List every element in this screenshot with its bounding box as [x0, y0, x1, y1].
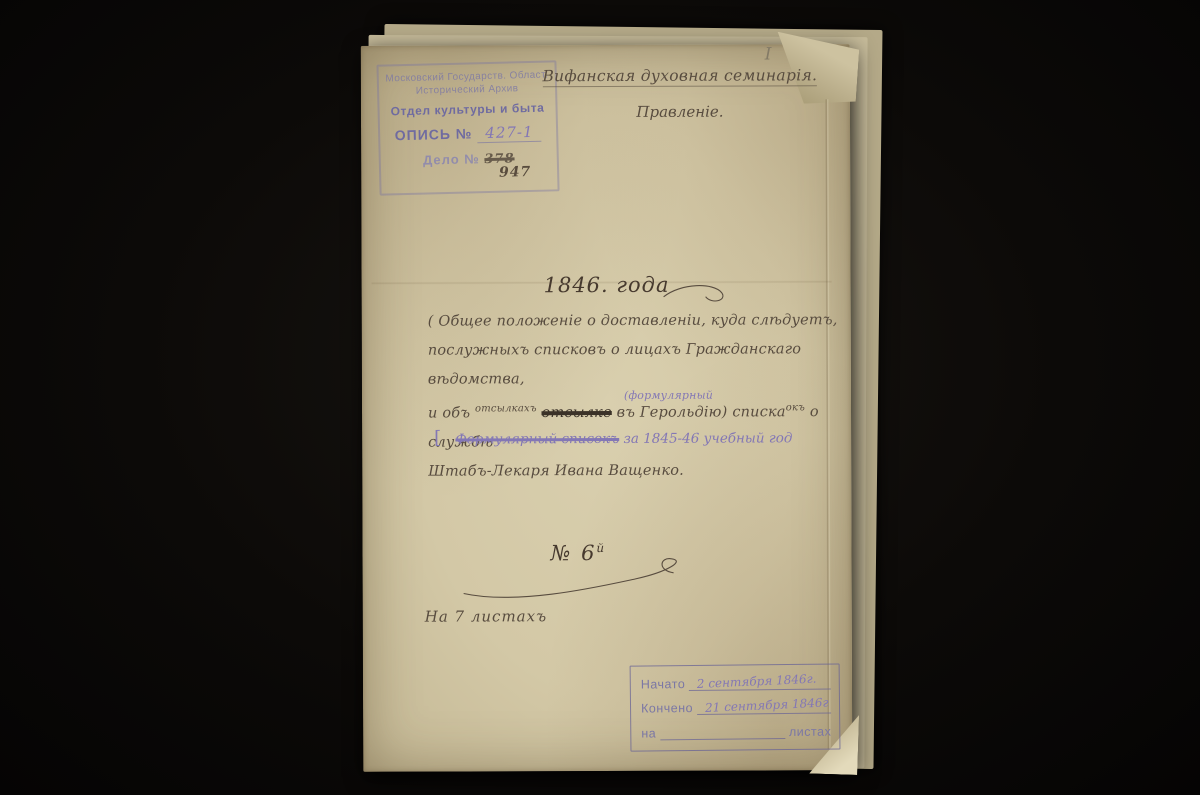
- document-cover-page: I Московский Государств. Област. Историч…: [361, 44, 853, 772]
- sheets-label: листах: [789, 725, 831, 739]
- purple-note-line: [ Формулярный списокъ за 1845-46 учебный…: [434, 426, 792, 448]
- note-text: за 1845-46 учебный год: [623, 430, 792, 447]
- sheets-blank-line: [660, 724, 785, 740]
- finished-label: Кончено: [641, 701, 693, 716]
- archive-name-line2: Исторический Архив: [383, 81, 551, 98]
- line3-superscript-2: окъ: [786, 402, 805, 413]
- delo-row: Дело № 378 947: [385, 149, 554, 183]
- case-title-paragraph: ( Общее положеніе о доставленіи, куда сл…: [428, 306, 861, 486]
- finished-line: 21 сентября 1846г: [697, 697, 831, 715]
- line3-superscript: отсылкахъ: [475, 403, 537, 414]
- delo-label: Дело №: [423, 151, 480, 167]
- case-number-flourish: [458, 553, 708, 602]
- started-date: 2 сентября 1846г.: [697, 672, 817, 691]
- finished-row: Кончено 21 сентября 1846г: [641, 697, 831, 716]
- title-line-1: ( Общее положеніе о доставленіи, куда сл…: [428, 306, 860, 337]
- folio-number: I: [765, 44, 772, 64]
- archive-stamp: Московский Государств. Област. Историчес…: [376, 60, 559, 195]
- sheets-row: на листах: [641, 724, 831, 741]
- archive-department: Отдел культуры и быта: [383, 100, 551, 118]
- started-line: 2 сентября 1846г.: [689, 673, 831, 691]
- institution-title: Вифанская духовная семинарія.: [539, 66, 821, 85]
- note-bracket: [: [434, 428, 441, 449]
- office-title: Правленіе.: [539, 102, 821, 121]
- institution-title-text: Вифанская духовная семинарія.: [542, 66, 817, 87]
- title-line-4: Штабъ-Лекаря Ивана Ващенко.: [428, 456, 860, 487]
- note-struck-text: Формулярный списокъ: [455, 431, 619, 448]
- started-row: Начато 2 сентября 1846г.: [641, 673, 831, 692]
- sheets-count-note: На 7 листахъ: [425, 607, 547, 625]
- opis-number: 427-1: [477, 123, 542, 144]
- year-heading: 1846. года: [544, 273, 670, 297]
- na-label: на: [641, 726, 656, 740]
- finished-date: 21 сентября 1846г: [705, 695, 829, 715]
- started-label: Начато: [641, 677, 686, 691]
- line3-struck-word: отсылке: [541, 405, 611, 421]
- opis-label: ОПИСЬ №: [395, 125, 473, 143]
- register-stamp: Начато 2 сентября 1846г. Кончено 21 сент…: [630, 663, 841, 751]
- archival-photo-scene: I Московский Государств. Област. Историч…: [0, 0, 1200, 795]
- purple-insertion: (формулярный: [624, 381, 713, 410]
- opis-row: ОПИСЬ № 427-1: [384, 122, 552, 144]
- year-flourish: [662, 281, 732, 307]
- line3-start: и объ: [428, 405, 470, 421]
